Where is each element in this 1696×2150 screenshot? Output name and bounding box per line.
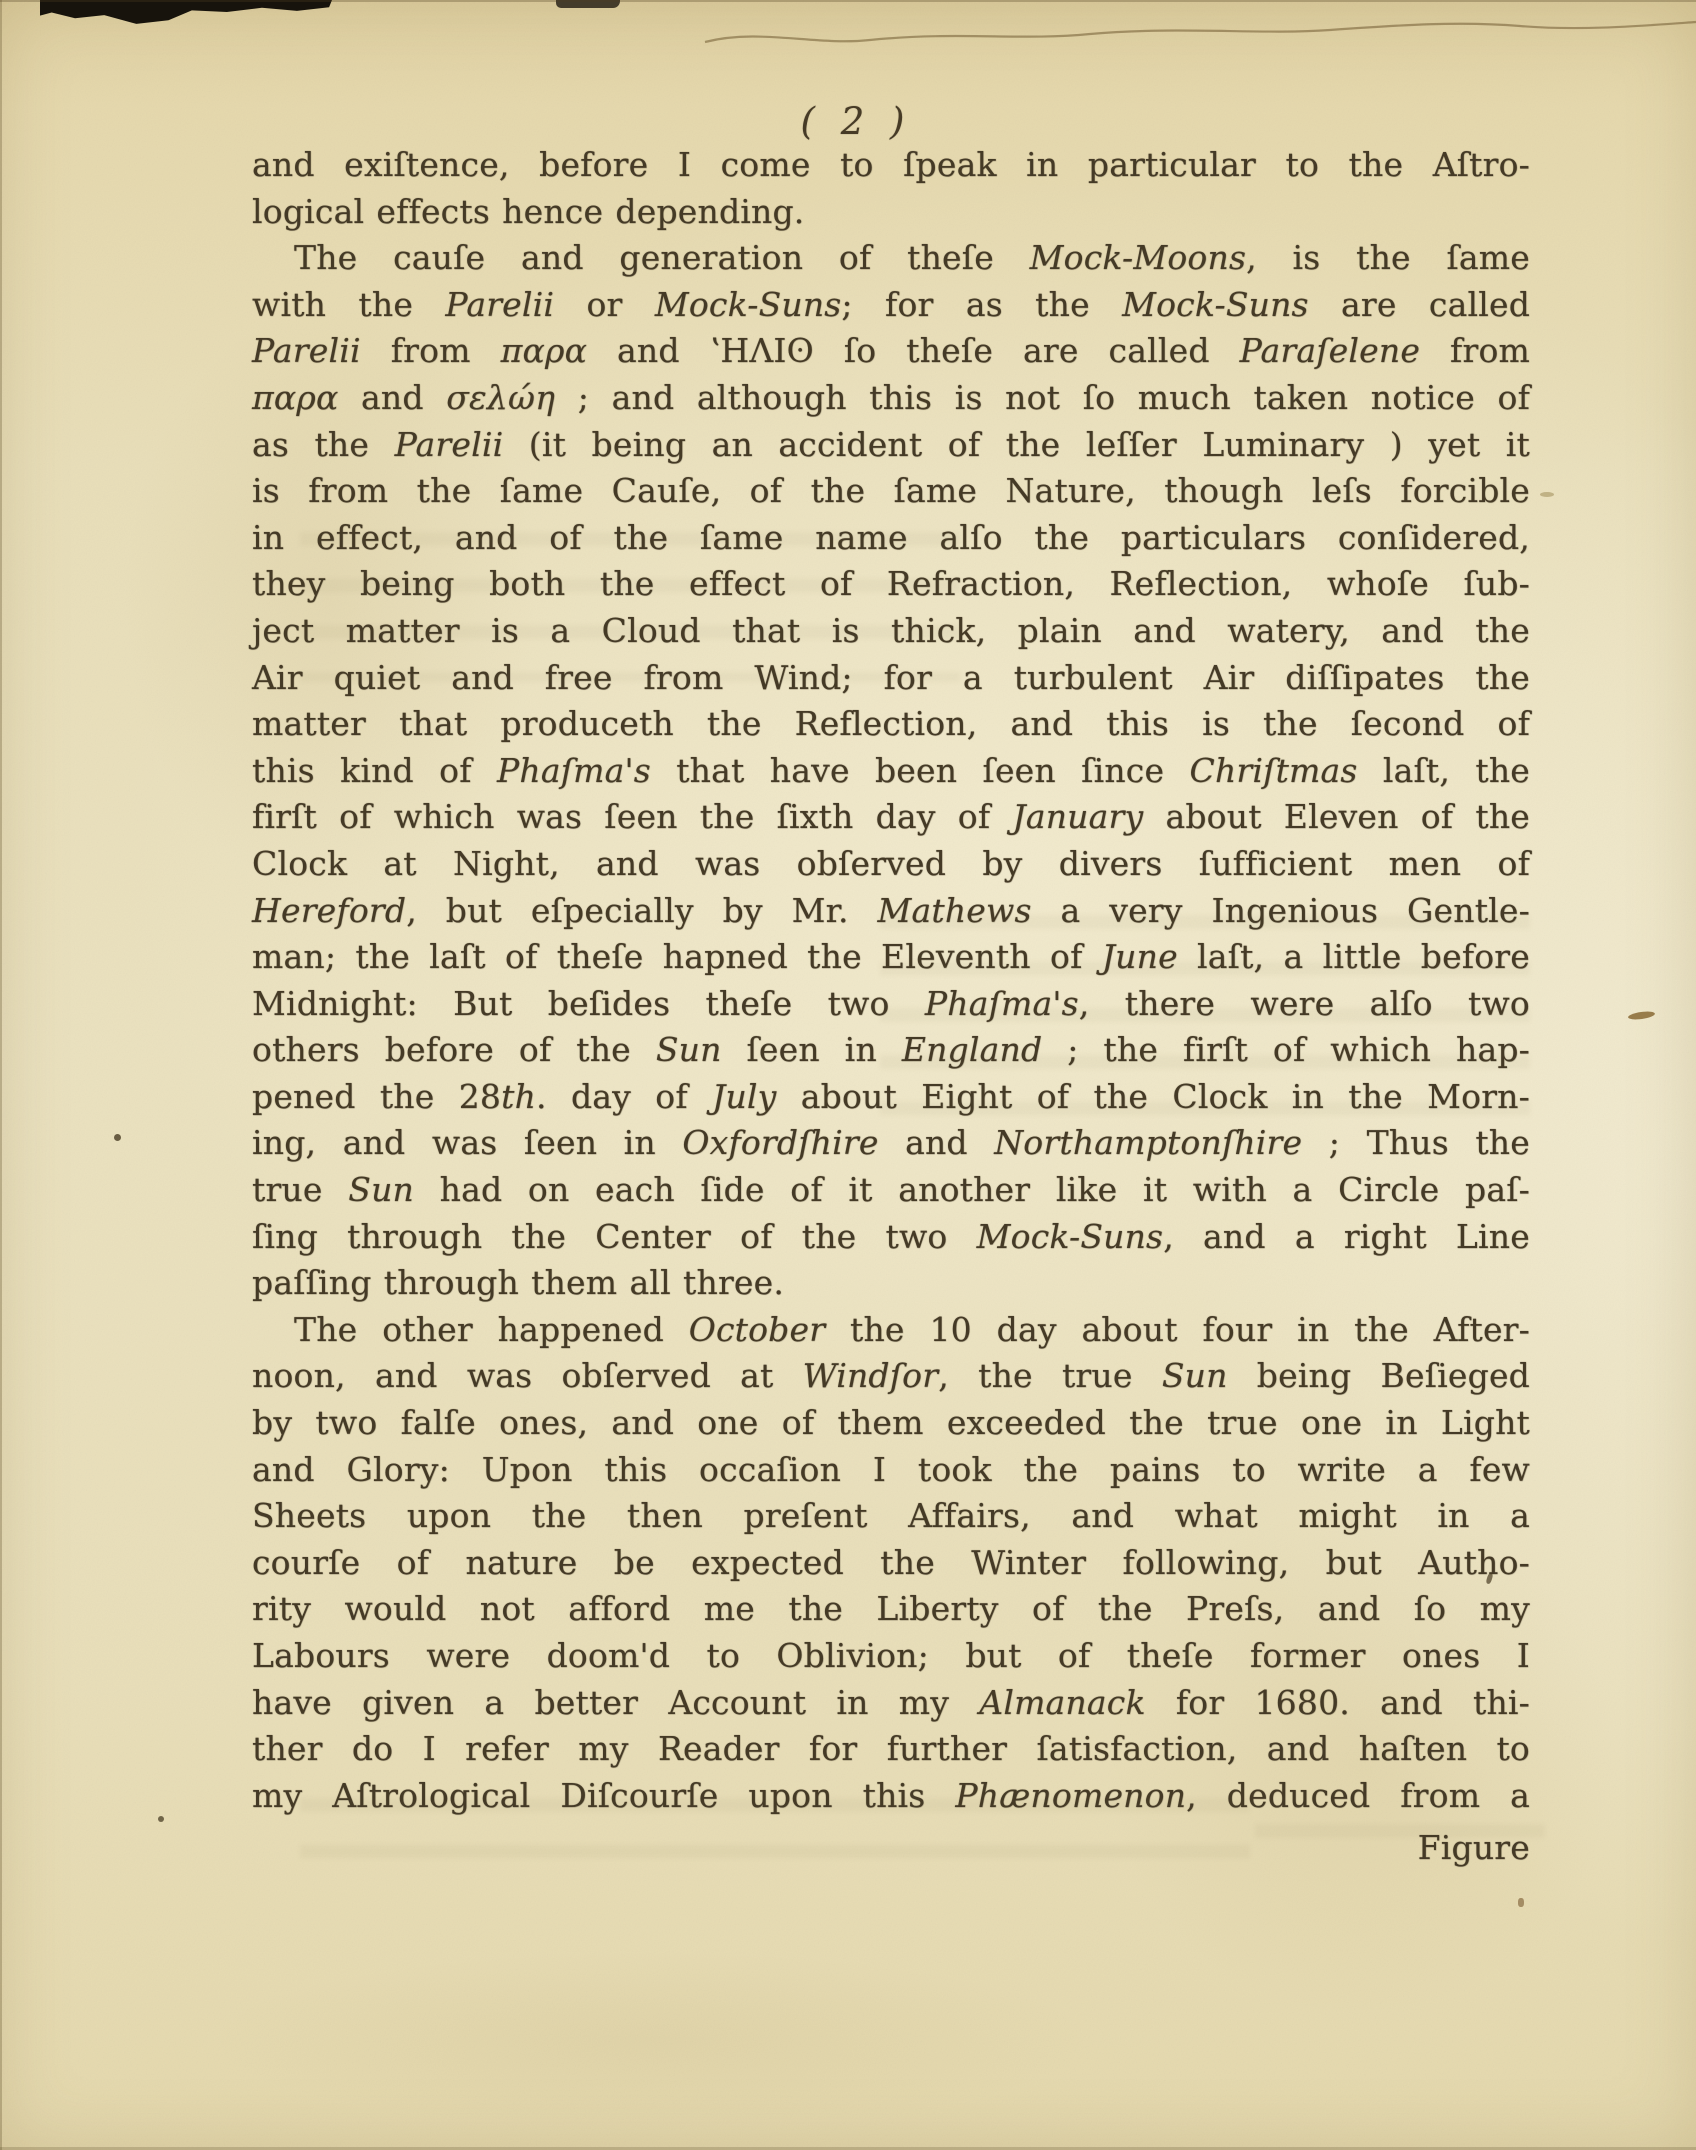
text-segment: Clock at Night, and was obſerved by dive… — [252, 844, 1530, 883]
text-segment: others before of the — [252, 1030, 656, 1069]
text-line: true Sun had on each ſide of it another … — [252, 1167, 1530, 1214]
text-line: logical effects hence depending. — [252, 189, 1530, 236]
text-line: my Aſtrological Diſcourſe upon this Phæn… — [252, 1773, 1530, 1820]
text-segment: The other happened — [294, 1310, 689, 1349]
paper-speck — [158, 1816, 164, 1822]
text-segment: (it being an accident of the leſſer Lumi… — [503, 425, 1530, 464]
text-segment: , and a right Line — [1163, 1217, 1530, 1256]
text-segment: ; the firſt of which hap- — [1042, 1030, 1530, 1069]
italic-text-segment: παρα — [501, 331, 587, 370]
italic-text-segment: Sun — [348, 1170, 414, 1209]
text-line: The cauſe and generation of theſe Mock-M… — [252, 235, 1530, 282]
text-segment: my Aſtrological Diſcourſe upon this — [252, 1776, 955, 1815]
text-segment: matter that produceth the Reflection, an… — [252, 704, 1530, 743]
italic-text-segment: Mock-Suns — [655, 285, 842, 324]
text-segment: Sheets upon the then preſent Affairs, an… — [252, 1496, 1530, 1535]
italic-text-segment: Oxfordſhire — [682, 1123, 878, 1162]
text-line: by two falſe ones, and one of them excee… — [252, 1400, 1530, 1447]
text-segment: or — [554, 285, 655, 324]
text-segment: ject matter is a Cloud that is thick, pl… — [252, 611, 1530, 650]
text-line: Air quiet and free from Wind; for a turb… — [252, 655, 1530, 702]
text-line: with the Parelii or Mock-Suns; for as th… — [252, 282, 1530, 329]
text-segment: had on each ſide of it another like it w… — [414, 1170, 1530, 1209]
text-line: Hereford, but eſpecially by Mr. Mathews … — [252, 888, 1530, 935]
italic-text-segment: Mock-Suns — [1122, 285, 1309, 324]
text-segment: and — [879, 1123, 995, 1162]
text-line: ther do I refer my Reader for further ſa… — [252, 1726, 1530, 1773]
text-line: The other happened October the 10 day ab… — [252, 1307, 1530, 1354]
text-segment: for 1680. and thi- — [1146, 1683, 1530, 1722]
text-segment: laſt, the — [1358, 751, 1530, 790]
text-segment: Figure — [1418, 1828, 1530, 1867]
text-segment: ; for as the — [841, 285, 1122, 324]
italic-text-segment: Almanack — [979, 1683, 1145, 1722]
italic-text-segment: σελώη — [446, 378, 555, 417]
text-line: Parelii from παρα and ʽΗΛΙʘ ſo theſe are… — [252, 328, 1530, 375]
italic-text-segment: Chriſtmas — [1190, 751, 1358, 790]
italic-text-segment: th — [501, 1077, 536, 1116]
text-segment: ther do I refer my Reader for further ſa… — [252, 1729, 1530, 1768]
text-line: man; the laſt of theſe hapned the Eleven… — [252, 934, 1530, 981]
text-line: have given a better Account in my Almana… — [252, 1680, 1530, 1727]
page-number: ( 2 ) — [0, 100, 1696, 143]
text-line: as the Parelii (it being an accident of … — [252, 422, 1530, 469]
page-edge-top — [0, 0, 1696, 2]
text-segment: from — [1420, 331, 1530, 370]
text-segment: , but eſpecially by Mr. — [406, 891, 877, 930]
text-segment: ing, and was ſeen in — [252, 1123, 682, 1162]
text-segment: pened the 28 — [252, 1077, 501, 1116]
text-line: pened the 28th. day of July about Eight … — [252, 1074, 1530, 1121]
text-segment: being Beſieged — [1228, 1356, 1530, 1395]
italic-text-segment: January — [1012, 797, 1143, 836]
text-line: is from the ſame Cauſe, of the ſame Natu… — [252, 468, 1530, 515]
text-line: ſing through the Center of the two Mock-… — [252, 1214, 1530, 1261]
text-segment: Labours were doom'd to Oblivion; but of … — [252, 1636, 1530, 1675]
text-segment: rity would not afford me the Liberty of … — [252, 1589, 1530, 1628]
text-segment: , there were alſo two — [1079, 984, 1530, 1023]
text-segment: in effect, and of the ſame name alſo the… — [252, 518, 1530, 557]
text-segment: , the true — [938, 1356, 1162, 1395]
text-line: this kind of Phaſma's that have been ſee… — [252, 748, 1530, 795]
text-segment: Air quiet and free from Wind; for a turb… — [252, 658, 1530, 697]
text-line: others before of the Sun ſeen in England… — [252, 1027, 1530, 1074]
text-segment: from — [361, 331, 501, 370]
text-line: ing, and was ſeen in Oxfordſhire and Nor… — [252, 1120, 1530, 1167]
text-segment: logical effects hence depending. — [252, 192, 805, 231]
text-line: rity would not afford me the Liberty of … — [252, 1586, 1530, 1633]
text-line: Sheets upon the then preſent Affairs, an… — [252, 1493, 1530, 1540]
italic-text-segment: Mock-Suns — [977, 1217, 1164, 1256]
text-block: and exiſtence, before I come to ſpeak in… — [252, 142, 1530, 1872]
paper-speck — [1518, 1898, 1524, 1907]
italic-text-segment: Parelii — [395, 425, 504, 464]
text-segment: laſt, a little before — [1178, 937, 1530, 976]
text-line: Labours were doom'd to Oblivion; but of … — [252, 1633, 1530, 1680]
text-segment: and — [587, 331, 710, 370]
italic-text-segment: Sun — [656, 1030, 722, 1069]
page-edge-left — [0, 0, 2, 2150]
text-line: ject matter is a Cloud that is thick, pl… — [252, 608, 1530, 655]
text-line: matter that produceth the Reflection, an… — [252, 701, 1530, 748]
text-line: Clock at Night, and was obſerved by dive… — [252, 841, 1530, 888]
text-segment: , deduced from a — [1186, 1776, 1530, 1815]
text-segment: true — [252, 1170, 348, 1209]
text-line: Midnight: But beſides theſe two Phaſma's… — [252, 981, 1530, 1028]
text-segment: ; and although this is not ſo much taken… — [555, 378, 1530, 417]
text-segment: the 10 day about four in the After- — [825, 1310, 1530, 1349]
italic-text-segment: Parelii — [445, 285, 554, 324]
text-segment: Midnight: But beſides theſe two — [252, 984, 925, 1023]
italic-text-segment: Mathews — [878, 891, 1032, 930]
text-segment: firſt of which was ſeen the ſixth day of — [252, 797, 1012, 836]
text-segment: that have been ſeen ſince — [651, 751, 1190, 790]
paper-speck — [114, 1134, 121, 1141]
italic-text-segment: Mock-Moons — [1030, 238, 1246, 277]
text-line: paſſing through them all three. — [252, 1260, 1530, 1307]
text-segment: have given a better Account in my — [252, 1683, 979, 1722]
italic-text-segment: παρα — [252, 378, 338, 417]
text-segment: are called — [1309, 285, 1530, 324]
italic-text-segment: Hereford — [252, 891, 406, 930]
text-segment: is from the ſame Cauſe, of the ſame Natu… — [252, 471, 1530, 510]
italic-text-segment: July — [712, 1077, 776, 1116]
text-line: they being both the effect of Refraction… — [252, 561, 1530, 608]
text-segment: they being both the effect of Refraction… — [252, 564, 1530, 603]
text-segment: paſſing through them all three. — [252, 1263, 784, 1302]
paper-tear-mark — [40, 0, 332, 26]
text-line: παρα and σελώη ; and although this is no… — [252, 375, 1530, 422]
italic-text-segment: Phænomenon — [955, 1776, 1186, 1815]
text-line: noon, and was obſerved at Windſor, the t… — [252, 1353, 1530, 1400]
italic-text-segment: Northamptonſhire — [994, 1123, 1302, 1162]
paper-speck — [1540, 492, 1554, 497]
text-segment: about Eleven of the — [1143, 797, 1530, 836]
text-segment: man; the laſt of theſe hapned the Eleven… — [252, 937, 1102, 976]
text-segment: by two falſe ones, and one of them excee… — [252, 1403, 1530, 1442]
paper-crease-line — [0, 0, 1696, 60]
text-segment: about Eight of the Clock in the Morn- — [777, 1077, 1530, 1116]
italic-text-segment: October — [689, 1310, 826, 1349]
text-segment: noon, and was obſerved at — [252, 1356, 803, 1395]
text-segment: courſe of nature be expected the Winter … — [252, 1543, 1530, 1582]
paper-speck — [1628, 1010, 1656, 1021]
italic-text-segment: Windſor — [803, 1356, 939, 1395]
text-line: in effect, and of the ſame name alſo the… — [252, 515, 1530, 562]
scanned-book-page: ( 2 ) and exiſtence, before I come to ſp… — [0, 0, 1696, 2150]
text-segment: and exiſtence, before I come to ſpeak in… — [252, 145, 1530, 184]
italic-text-segment: Phaſma's — [497, 751, 651, 790]
text-segment: ſo theſe are called — [814, 331, 1240, 370]
italic-text-segment: Sun — [1162, 1356, 1228, 1395]
italic-text-segment: June — [1102, 937, 1178, 976]
text-segment: and Glory: Upon this occaſion I took the… — [252, 1450, 1530, 1489]
italic-text-segment: Paraſelene — [1240, 331, 1420, 370]
text-segment: this kind of — [252, 751, 497, 790]
text-segment: as the — [252, 425, 395, 464]
text-segment: , is the ſame — [1246, 238, 1530, 277]
text-segment: . day of — [536, 1077, 712, 1116]
italic-text-segment: Parelii — [252, 331, 361, 370]
text-line: courſe of nature be expected the Winter … — [252, 1540, 1530, 1587]
text-segment: a very Ingenious Gentle- — [1032, 891, 1530, 930]
text-segment: The cauſe and generation of theſe — [294, 238, 1030, 277]
text-segment: ſing through the Center of the two — [252, 1217, 977, 1256]
text-line: and Glory: Upon this occaſion I took the… — [252, 1447, 1530, 1494]
text-segment: with the — [252, 285, 445, 324]
italic-text-segment: Phaſma's — [925, 984, 1079, 1023]
italic-text-segment: England — [902, 1030, 1042, 1069]
text-segment: ʽΗΛΙʘ — [710, 331, 814, 370]
text-line: and exiſtence, before I come to ſpeak in… — [252, 142, 1530, 189]
text-line: firſt of which was ſeen the ſixth day of… — [252, 794, 1530, 841]
paper-stain — [200, 1950, 1100, 2130]
text-line: Figure — [252, 1825, 1530, 1872]
text-segment: ; Thus the — [1302, 1123, 1530, 1162]
text-segment: and — [338, 378, 446, 417]
text-segment: ſeen in — [722, 1030, 902, 1069]
